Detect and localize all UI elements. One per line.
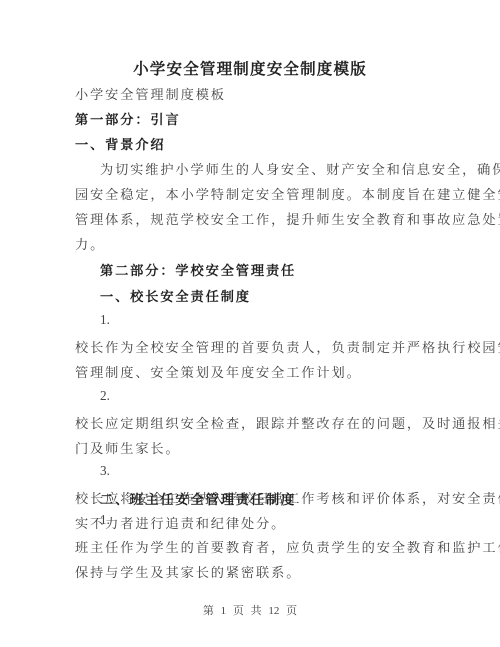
paragraph-line: 班主任作为学生的首要教育者，应负责学生的安全教育和监护工作， (75, 537, 500, 556)
document-page: 小学安全管理制度安全制度模版 小学安全管理制度模板 第一部分：引言 一、背景介绍… (0, 0, 500, 647)
part2-section2-heading: 二、班主任安全管理责任制度 (100, 489, 296, 508)
document-subtitle: 小学安全管理制度模板 (75, 84, 226, 103)
page-indicator: 第 1 页 共 12 页 (0, 602, 500, 618)
paragraph-line: 门及师生家长。 (75, 438, 181, 457)
item-number: 1. (100, 512, 110, 528)
part2-heading: 第二部分：学校安全管理责任 (100, 260, 296, 279)
paragraph-line: 保持与学生及其家长的紧密联系。 (75, 562, 301, 581)
paragraph-line: 管理制度、安全策划及年度安全工作计划。 (75, 362, 362, 381)
paragraph-line: 园安全稳定，本小学特制定安全管理制度。本制度旨在建立健全安全 (75, 184, 500, 203)
part2-section1-heading: 一、校长安全责任制度 (100, 286, 251, 305)
paragraph-line: 校长应定期组织安全检查，跟踪并整改存在的问题，及时通报相关部 (75, 413, 500, 432)
paragraph-line: 为切实维护小学师生的人身安全、财产安全和信息安全，确保校 (100, 159, 500, 178)
item-number: 2. (100, 388, 110, 404)
document-title: 小学安全管理制度安全制度模版 (0, 57, 500, 79)
item-number: 3. (100, 463, 110, 479)
paragraph-line: 管理体系，规范学校安全工作，提升师生安全教育和事故应急处置能 (75, 209, 500, 228)
item-number: 1. (100, 312, 110, 328)
part1-section1-heading: 一、背景介绍 (75, 134, 166, 153)
paragraph-line: 力。 (75, 234, 105, 253)
paragraph-line: 校长作为全校安全管理的首要负责人，负责制定并严格执行校园安全 (75, 337, 500, 356)
part1-heading: 第一部分：引言 (75, 109, 181, 128)
